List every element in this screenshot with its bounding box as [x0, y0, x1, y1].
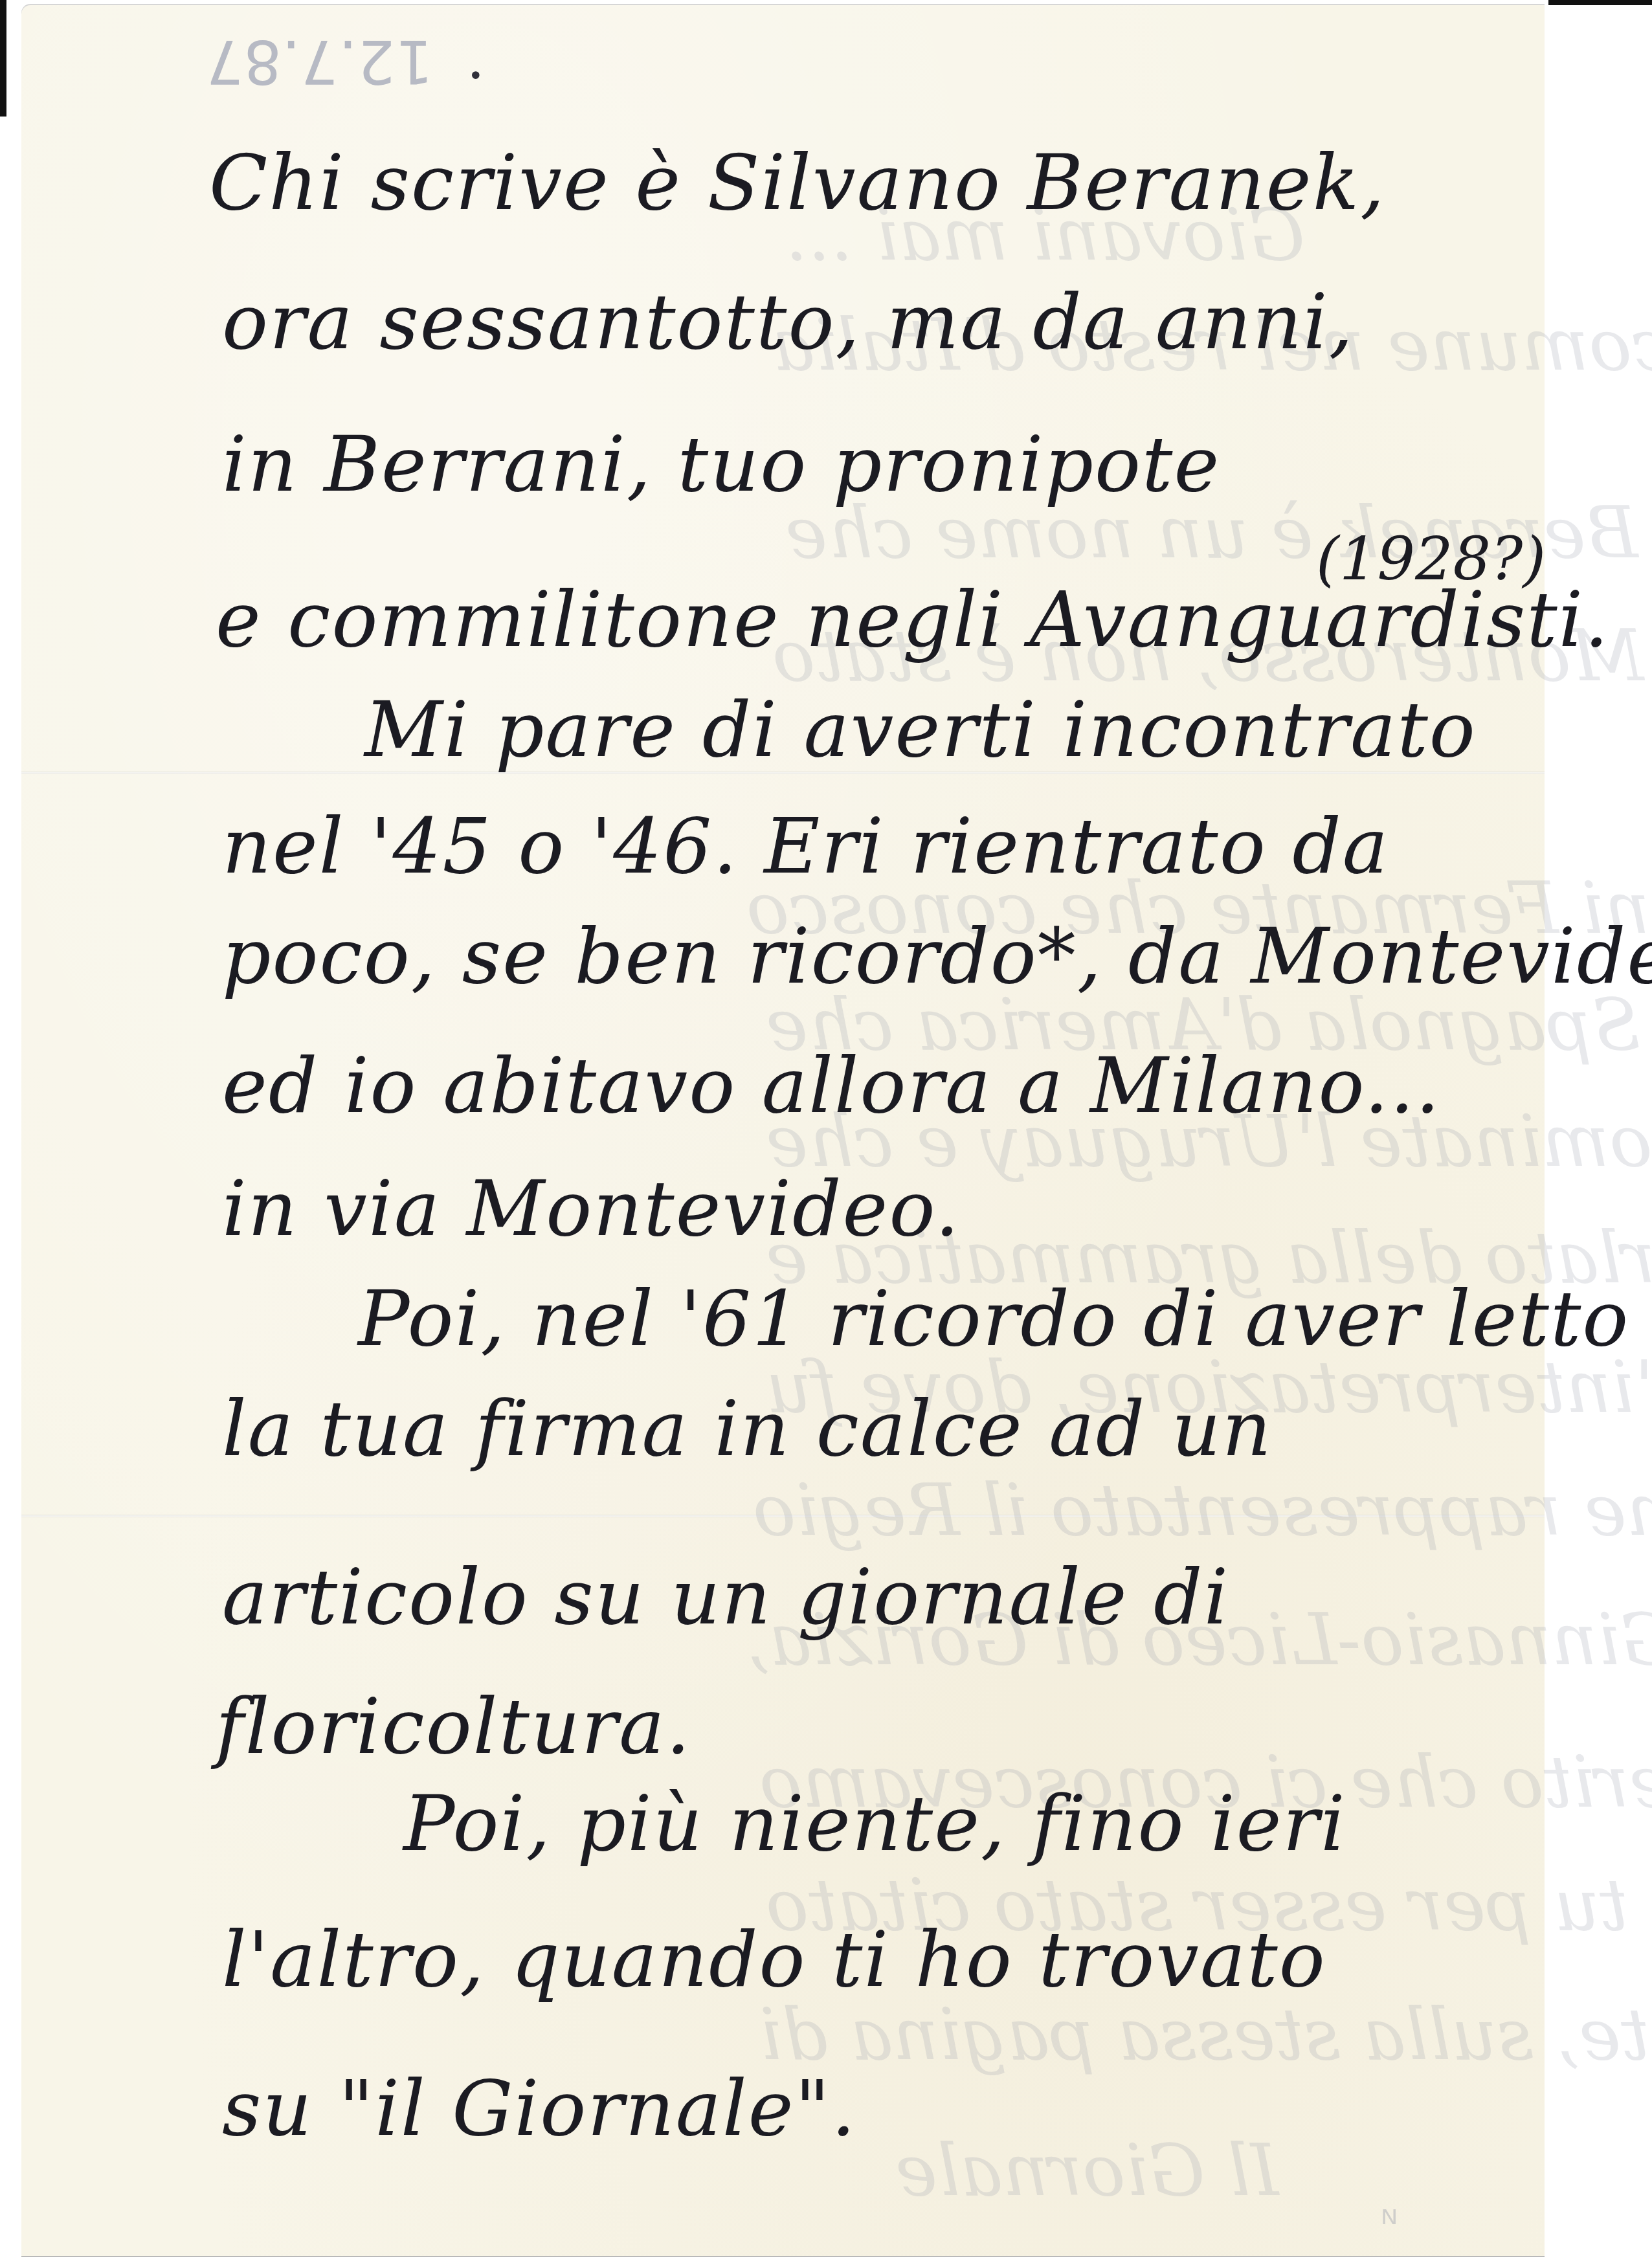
letter-page: Giovani mai ... comune nel resto d'Itali…	[21, 5, 1545, 2256]
letter-line: poco, se ben ricordo*, da Montevideo,	[222, 918, 1652, 994]
letter-line: l'altro, quando ti ho trovato	[222, 1921, 1326, 1998]
letter-line: Chi scrive è Silvano Beranek,	[209, 144, 1386, 221]
letter-line: la tua firma in calce ad un	[222, 1390, 1273, 1467]
letter-line: Poi, nel '61 ricordo di aver letto	[358, 1280, 1629, 1357]
letter-line: floricoltura.	[216, 1688, 691, 1765]
letter-line: in Berrani, tuo pronipote	[222, 426, 1220, 502]
letter-line: ora sessantotto, ma da anni,	[222, 284, 1354, 360]
showthrough-text: Il Giornale	[895, 2135, 1278, 2206]
showthrough-text: fra me rappresentato il Regio	[753, 1475, 1652, 1546]
letter-line: ed io abitavo allora a Milano...	[222, 1047, 1441, 1124]
letter-line: su "il Giornale".	[222, 2070, 856, 2146]
letter-line: nel '45 o '46. Eri rientrato da	[222, 808, 1389, 884]
letter-line: articolo su un giornale di	[222, 1559, 1229, 1635]
letter-line: Mi pare di averti incontrato	[364, 691, 1477, 768]
pencil-date: 12.7.87	[206, 31, 433, 91]
scan-border	[1548, 0, 1652, 5]
letter-line: e commilitone negli Avanguardisti.	[216, 581, 1610, 658]
page-number-mark: ᴺ	[1381, 2206, 1398, 2242]
letter-line: in via Montevideo.	[222, 1170, 961, 1247]
scan-border	[0, 0, 6, 117]
letter-line: Poi, più niente, fino ieri	[403, 1785, 1346, 1862]
pencil-dot-mark: •	[468, 63, 484, 89]
showthrough-text: volte, sulla stessa pagina di	[759, 1999, 1652, 2070]
